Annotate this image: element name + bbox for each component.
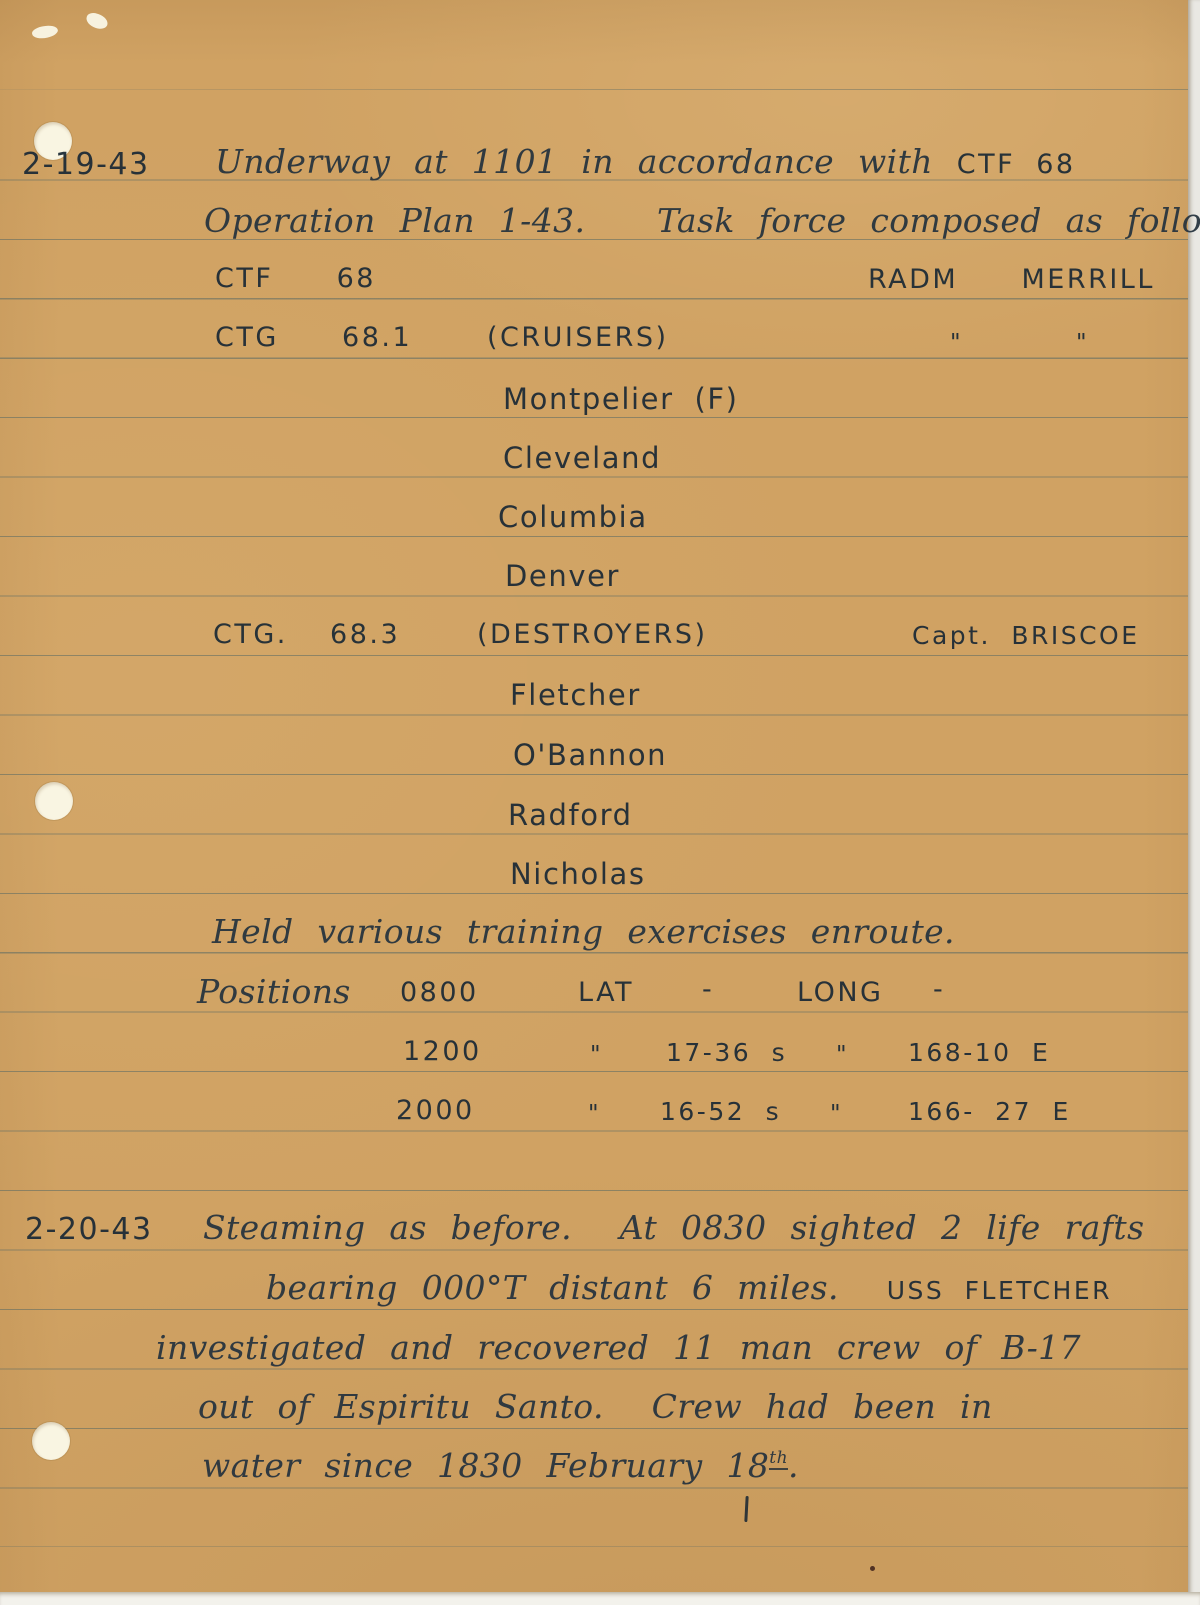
positions-long-label: LONG bbox=[797, 977, 883, 1008]
pos-row1-long-ditto: " bbox=[836, 1042, 847, 1068]
entry2-line3: investigated and recovered 11 man crew o… bbox=[156, 1328, 1081, 1367]
positions-long-value: - bbox=[933, 974, 945, 1005]
training-note: Held various training exercises enroute. bbox=[212, 912, 955, 951]
ctg1-commander-ditto-left: " bbox=[950, 330, 961, 356]
entry2-line5-period: . bbox=[788, 1446, 799, 1485]
entry2-line2-caps: USS FLETCHER bbox=[887, 1276, 1112, 1305]
scan-edge-bottom bbox=[0, 1592, 1200, 1605]
destroyer-obannon: O'Bannon bbox=[513, 738, 667, 772]
positions-lat-label: LAT bbox=[578, 977, 634, 1008]
entry2-date: 2-20-43 bbox=[25, 1212, 153, 1247]
positions-label: Positions bbox=[197, 972, 351, 1011]
pos-row2-lat: 16-52 s bbox=[660, 1097, 781, 1126]
punch-hole-middle bbox=[35, 782, 73, 820]
destroyer-nicholas: Nicholas bbox=[510, 857, 646, 891]
pos-row2-long-ditto: " bbox=[830, 1101, 841, 1127]
ctg1-code: CTG 68.1 bbox=[215, 322, 412, 353]
entry1-date: 2-19-43 bbox=[22, 147, 150, 182]
punch-hole-bottom bbox=[32, 1422, 70, 1460]
entry1-line1-cursive: Underway at 1101 in accordance with bbox=[215, 142, 957, 181]
ctg3-type: (DESTROYERS) bbox=[477, 619, 708, 650]
entry2-line5-text: water since 1830 February 18 bbox=[202, 1446, 769, 1485]
pos-row1-long: 168-10 E bbox=[908, 1038, 1050, 1067]
entry1-line2: Operation Plan 1-43. Task force composed… bbox=[204, 201, 1200, 240]
paper-tear-speck bbox=[31, 23, 59, 40]
positions-lat-value: - bbox=[702, 974, 714, 1005]
entry2-line2-cursive: bearing 000°T distant 6 miles. bbox=[266, 1268, 887, 1307]
cruiser-montpelier: Montpelier (F) bbox=[503, 382, 739, 416]
ctf-code: CTF 68 bbox=[215, 263, 376, 294]
entry1-line1: Underway at 1101 in accordance with CTF … bbox=[215, 142, 1076, 181]
stray-ink-dot bbox=[870, 1566, 875, 1571]
pos-row2-lat-ditto: " bbox=[588, 1101, 599, 1127]
entry1-line1-caps: CTF 68 bbox=[957, 149, 1076, 180]
ctg1-type: (CRUISERS) bbox=[487, 322, 669, 353]
entry2-line5: water since 1830 February 18th. bbox=[202, 1446, 799, 1485]
pos-row2-time: 2000 bbox=[396, 1095, 475, 1126]
pos-row1-lat: 17-36 s bbox=[666, 1038, 787, 1067]
paper-tear-speck bbox=[84, 11, 109, 31]
ctg3-code: CTG. 68.3 bbox=[213, 619, 400, 650]
diary-page: 2-19-43 Underway at 1101 in accordance w… bbox=[0, 0, 1200, 1605]
entry2-line1: Steaming as before. At 0830 sighted 2 li… bbox=[203, 1208, 1144, 1247]
cruiser-cleveland: Cleveland bbox=[503, 441, 661, 475]
cruiser-denver: Denver bbox=[505, 559, 620, 593]
scan-edge-right bbox=[1188, 0, 1200, 1605]
pos-row1-time: 1200 bbox=[403, 1036, 482, 1067]
destroyer-radford: Radford bbox=[508, 798, 633, 832]
ctf-commander: RADM MERRILL bbox=[868, 264, 1155, 295]
pos-row2-long: 166- 27 E bbox=[908, 1097, 1071, 1126]
ctg3-commander: Capt. BRISCOE bbox=[912, 621, 1140, 650]
entry2-line5-superscript: th bbox=[769, 1448, 788, 1470]
positions-time-0800: 0800 bbox=[400, 977, 479, 1008]
destroyer-fletcher: Fletcher bbox=[510, 678, 641, 712]
entry2-line4: out of Espiritu Santo. Crew had been in bbox=[198, 1387, 993, 1426]
entry2-line2: bearing 000°T distant 6 miles. USS FLETC… bbox=[266, 1268, 1112, 1307]
stray-pen-mark bbox=[744, 1496, 748, 1522]
pos-row1-lat-ditto: " bbox=[590, 1042, 601, 1068]
ctg1-commander-ditto-right: " bbox=[1076, 330, 1087, 356]
cruiser-columbia: Columbia bbox=[498, 500, 648, 534]
ruled-line-top bbox=[0, 89, 1188, 90]
